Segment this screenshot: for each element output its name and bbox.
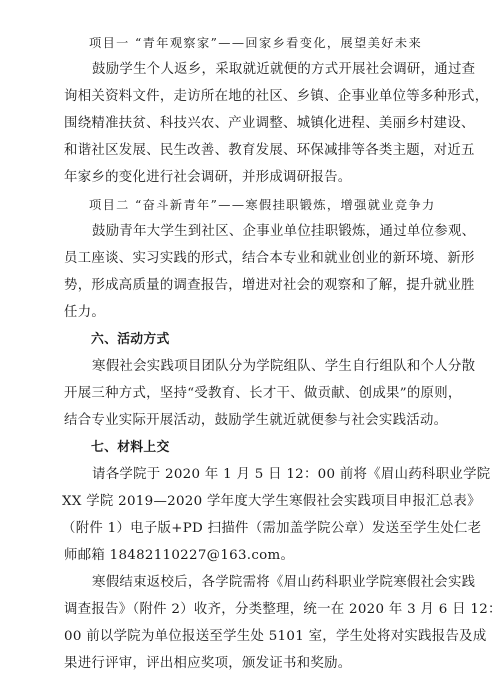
document-page: 项目一 “青年观察家”——回家乡看变化，展望美好未来 鼓励学生个人返乡，采取就近… <box>0 0 496 698</box>
project-two-title: 项目二 “奋斗新青年”——寒假挂职锻炼，增强就业竞争力 <box>89 196 436 214</box>
paragraph-line: 和谐社区发展、民生改善、教育发展、环保减排等各类主题，对近五 <box>64 142 475 160</box>
paragraph-line: 请各学院于 2020 年 1 月 5 日 12：00 前将《眉山药科职业学院 <box>92 466 490 484</box>
paragraph-line: 势，形成高质量的调查报告，增进对社会的观察和了解，提升就业胜 <box>64 277 475 295</box>
paragraph-line: 任力。 <box>64 304 105 322</box>
project-one-title: 项目一 “青年观察家”——回家乡看变化，展望美好未来 <box>89 34 422 52</box>
paragraph-line: 00 前以学院为单位报送至学生处 5101 室，学生处将对实践报告及成 <box>64 628 487 646</box>
paragraph-line: 年家乡的变化进行社会调研，并形成调研报告。 <box>64 169 352 187</box>
paragraph-line: 围绕精准扶贫、科技兴农、产业调整、城镇化进程、美丽乡村建设、 <box>64 115 475 133</box>
paragraph-line: 员工座谈、实习实践的形式，结合本专业和就业创业的新环境、新形 <box>64 250 475 268</box>
paragraph-line: 鼓励学生个人返乡，采取就近就便的方式开展社会调研，通过查 <box>92 61 475 79</box>
paragraph-line: 寒假结束返校后，各学院需将《眉山药科职业学院寒假社会实践 <box>92 574 475 592</box>
email-line: 师邮箱 18482110227@163.com。 <box>64 547 294 565</box>
paragraph-line: 开展三种方式，坚持“受教育、长才干、做贡献、创成果”的原则， <box>64 385 462 403</box>
paragraph-line: 鼓励青年大学生到社区、企事业单位挂职锻炼，通过单位参观、 <box>92 223 475 241</box>
paragraph-line: 结合专业实际开展活动，鼓励学生就近就便参与社会实践活动。 <box>64 412 447 430</box>
paragraph-line: （附件 1）电子版+PD 扫描件（需加盖学院公章）发送至学生处仁老 <box>62 520 481 538</box>
section-heading-activity-method: 六、活动方式 <box>91 331 170 349</box>
paragraph-line: 果进行评审，评出相应奖项，颁发证书和奖励。 <box>64 655 352 673</box>
paragraph-line: XX 学院 2019—2020 学年度大学生寒假社会实践项目申报汇总表》 <box>62 493 481 511</box>
paragraph-line: 调查报告》（附件 2）收齐，分类整理，统一在 2020 年 3 月 6 日 12… <box>64 601 496 619</box>
paragraph-line: 寒假社会实践项目团队分为学院组队、学生自行组队和个人分散 <box>92 358 475 376</box>
paragraph-line: 询相关资料文件，走访所在地的社区、乡镇、企事业单位等多种形式， <box>64 88 488 106</box>
section-heading-materials: 七、材料上交 <box>91 439 170 457</box>
